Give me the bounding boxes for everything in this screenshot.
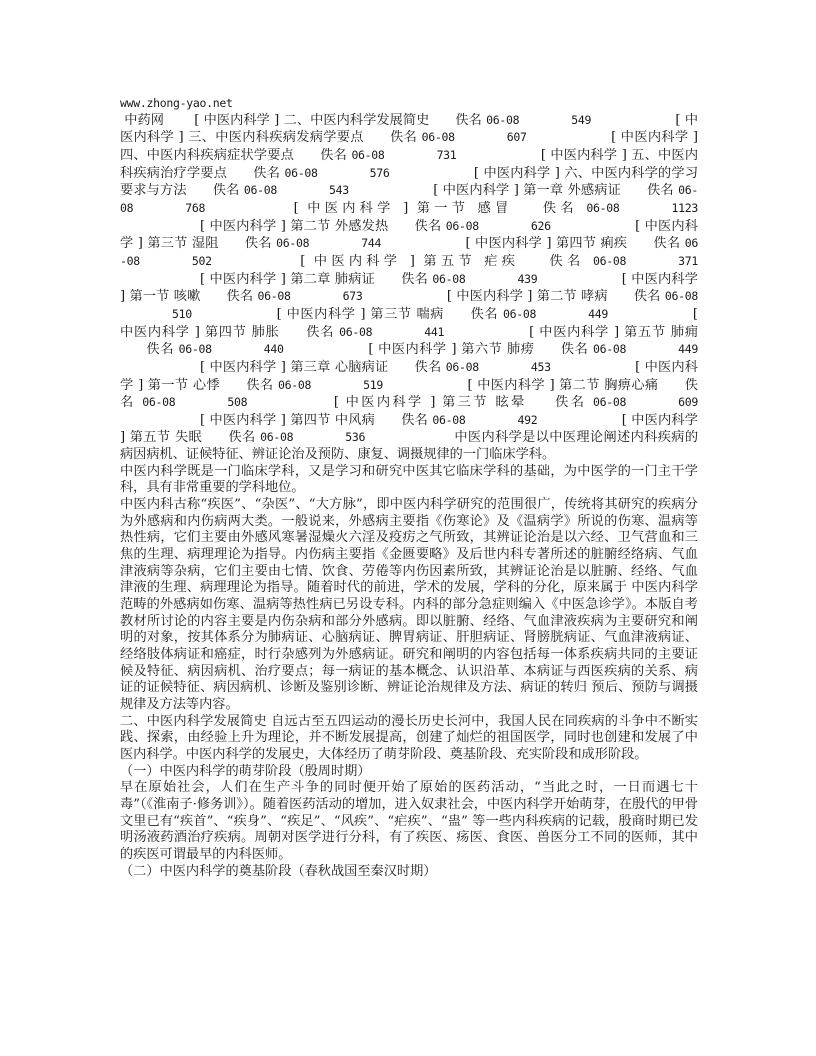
article-author: 佚名: [653, 236, 680, 251]
article-list-item: [ 中医内科学 ] 第三节 喘病佚名 06-08449: [197, 307, 613, 322]
article-title-link[interactable]: 二、中医内科学发展简史: [284, 113, 430, 128]
article-date: 06-08: [339, 325, 372, 339]
article-list-item: [ 中医内科学 ] 第一节 感冒佚名 06-081123: [214, 201, 698, 216]
article-list-item: [ 中医内科学 ] 第二节 外感发热佚名 06-08626: [120, 219, 555, 234]
article-list-item: [ 中医内科学 ] 第六节 肺痨佚名 06-08449: [288, 342, 698, 357]
article-view-count: 607: [507, 130, 527, 144]
article-date: 06-08: [258, 289, 291, 303]
article-date: 06-08: [593, 254, 626, 268]
article-author: 佚名: [553, 395, 587, 410]
article-author: 佚名: [647, 183, 674, 198]
article-view-count: 543: [329, 183, 349, 197]
article-author: 佚名: [245, 236, 272, 251]
article-title-link[interactable]: 第五节 失眠: [130, 430, 202, 445]
article-title-link[interactable]: 第三节 眩晕: [442, 395, 527, 410]
article-view-count: 440: [264, 342, 284, 356]
article-view-count: 536: [345, 430, 365, 444]
article-date: 06-08: [278, 378, 311, 392]
article-date: 06-08: [593, 342, 626, 356]
paragraph-2: 中医内科古称“疾医”、“杂医”、“大方脉”，即中医内科学研究的范围很广，传统将其…: [120, 497, 698, 714]
article-date: 06-08: [432, 272, 465, 286]
paragraph-3: 二、中医内科学发展简史 自远古至五四运动的漫长历史长河中，我国人民在同疾病的斗争…: [120, 714, 698, 764]
category-link[interactable]: [ 中医内科学 ]: [194, 113, 279, 128]
article-title-link[interactable]: 四、中医内科疾病症状学要点: [120, 148, 294, 163]
category-link[interactable]: [ 中医内科学 ]: [300, 254, 415, 269]
article-author: 佚名: [470, 307, 498, 322]
article-author: 佚名: [401, 272, 428, 287]
article-date: 06-08: [446, 360, 479, 374]
article-title-link[interactable]: 第四节 中风病: [290, 413, 375, 428]
category-link[interactable]: [ 中医内科学 ]: [294, 201, 409, 216]
article-view-count: 1123: [671, 201, 698, 215]
article-title-link[interactable]: 第五节 疟疾: [423, 254, 519, 269]
paragraph-4: 早在原始社会，人们在生产斗争的同时便开始了原始的医药活动，“当此之时，一日而遇七…: [120, 780, 698, 863]
article-view-count: 626: [531, 219, 551, 233]
category-link[interactable]: [ 中医内科学 ]: [611, 130, 698, 145]
article-view-count: 609: [678, 395, 698, 409]
article-view-count: 449: [678, 342, 698, 356]
article-title-link[interactable]: 第二节 哮病: [537, 289, 608, 304]
article-date: 06-08: [446, 219, 479, 233]
section-heading-1: （一）中医内科学的萌芽阶段（殷周时期）: [120, 764, 698, 781]
article-title-link[interactable]: 第五节 肺痈: [624, 325, 698, 340]
paragraph-1: 中医内科学既是一门临床学科，又是学习和研究中医其它临床学科的基础，为中医学的一门…: [120, 464, 698, 497]
article-view-count: 449: [588, 307, 608, 321]
article-view-count: 492: [517, 413, 537, 427]
article-date: 06-08: [486, 113, 519, 127]
category-link[interactable]: [ 中医内科学 ]: [466, 236, 552, 251]
article-author: 佚名: [320, 148, 347, 163]
article-date: 06-08: [432, 413, 465, 427]
article-view-count: 744: [361, 236, 381, 250]
article-view-count: 371: [678, 254, 698, 268]
article-list: 中药网 [ 中医内科学 ] 二、中医内科学发展简史佚名 06-08549 [ 中…: [120, 112, 698, 464]
category-link[interactable]: [ 中医内科学 ]: [468, 378, 555, 393]
article-title-link[interactable]: 第一节 心悸: [148, 378, 220, 393]
article-list-item: [ 中医内科学 ] 第二章 肺病证佚名 06-08439: [120, 272, 542, 287]
category-link[interactable]: [ 中医内科学 ]: [200, 360, 286, 375]
article-date: 06-08: [593, 395, 626, 409]
article-author: 佚名: [401, 413, 428, 428]
article-view-count: 576: [370, 166, 390, 180]
category-link[interactable]: [ 中医内科学 ]: [368, 342, 456, 357]
article-view-count: 519: [363, 378, 383, 392]
article-title-link[interactable]: 第六节 肺痨: [461, 342, 534, 357]
article-title-link[interactable]: 三、中医内科疾病发病学要点: [188, 130, 364, 145]
article-author: 佚名: [539, 201, 578, 216]
article-date: 06-08: [276, 236, 309, 250]
article-author: 佚名: [213, 183, 240, 198]
section-heading-2: （二）中医内科学的奠基阶段（春秋战国至秦汉时期）: [120, 864, 698, 881]
category-link[interactable]: [ 中医内科学 ]: [277, 307, 366, 322]
article-author: 佚名: [306, 325, 335, 340]
article-list-item: [ 中医内科学 ] 第三节 眩晕佚名 06-08609: [254, 395, 698, 410]
article-title-link[interactable]: 第一节 咳嗽: [129, 289, 200, 304]
article-author: 佚名: [455, 113, 482, 128]
article-view-count: 731: [437, 148, 457, 162]
article-date: 06-08: [422, 130, 455, 144]
article-title-link[interactable]: 第三章 心脑病证: [290, 360, 388, 375]
article-view-count: 673: [343, 289, 363, 303]
article-list-item: [ 中医内科学 ] 二、中医内科学发展简史佚名 06-08549: [168, 113, 595, 128]
article-date: 06-08: [244, 183, 277, 197]
site-url: www.zhong-yao.net: [120, 95, 698, 112]
article-list-item: [ 中医内科学 ] 第三章 心脑病证佚名 06-08453: [120, 360, 555, 375]
article-author: 佚名: [545, 254, 584, 269]
article-title-link[interactable]: 第三节 湿阻: [147, 236, 218, 251]
article-author: 佚名: [414, 219, 441, 234]
article-author: 佚名: [146, 342, 174, 357]
article-view-count: 439: [517, 272, 537, 286]
article-view-count: 441: [424, 325, 444, 339]
article-author: 佚名: [414, 360, 441, 375]
article-author: 佚名: [228, 430, 256, 445]
article-author: 佚名: [560, 342, 588, 357]
article-view-count: 502: [192, 254, 212, 268]
category-link[interactable]: [ 中医内科学 ]: [433, 183, 519, 198]
article-list-item: [ 中医内科学 ] 第四节 中风病佚名 06-08492: [120, 413, 542, 428]
category-link[interactable]: [ 中医内科学 ]: [529, 325, 619, 340]
article-date: 06-08: [586, 201, 619, 215]
article-date: 06-08: [260, 430, 293, 444]
article-view-count: 508: [227, 395, 247, 409]
article-list-item: [ 中医内科学 ] 第五节 疟疾佚名 06-08371: [220, 254, 698, 269]
article-author: 佚名: [390, 130, 417, 145]
article-title-link[interactable]: 第二节 胸痹心痛: [559, 378, 658, 393]
category-link[interactable]: [ 中医内科学 ]: [200, 272, 286, 287]
category-link[interactable]: [ 中医内科学 ]: [474, 166, 560, 181]
category-link[interactable]: [ 中医内科学 ]: [541, 148, 627, 163]
category-link[interactable]: [ 中医内科学 ]: [447, 289, 533, 304]
category-link[interactable]: [ 中医内科学 ]: [200, 413, 286, 428]
document-page: www.zhong-yao.net 中药网 [ 中医内科学 ] 二、中医内科学发…: [120, 95, 698, 880]
category-link[interactable]: [ 中医内科学 ]: [200, 219, 286, 234]
article-date: 06-08: [179, 342, 212, 356]
article-title-link[interactable]: 第三节 喘病: [370, 307, 444, 322]
site-name: 中药网: [124, 113, 164, 128]
article-date: 06-08: [285, 166, 318, 180]
article-date: 06-08: [142, 395, 175, 409]
article-view-count: 768: [185, 201, 205, 215]
category-link[interactable]: [ 中医内科学 ]: [334, 395, 436, 410]
article-title-link[interactable]: 第一章 外感病证: [523, 183, 621, 198]
article-date: 06-08: [351, 148, 384, 162]
article-title-link[interactable]: 第一节 感冒: [417, 201, 513, 216]
article-view-count: 510: [172, 307, 192, 321]
article-author: 佚名: [634, 289, 661, 304]
article-title-link[interactable]: 第二节 外感发热: [290, 219, 388, 234]
article-view-count: 549: [571, 113, 591, 127]
article-date: 06-08: [665, 289, 698, 303]
article-date: 06-08: [503, 307, 536, 321]
article-title-link[interactable]: 第二章 肺病证: [290, 272, 375, 287]
article-author: 佚名: [246, 378, 273, 393]
article-title-link[interactable]: 第四节 肺胀: [205, 325, 280, 340]
article-author: 佚名: [253, 166, 280, 181]
article-view-count: 453: [531, 360, 551, 374]
article-title-link[interactable]: 第四节 痢疾: [556, 236, 627, 251]
article-author: 佚名: [226, 289, 253, 304]
